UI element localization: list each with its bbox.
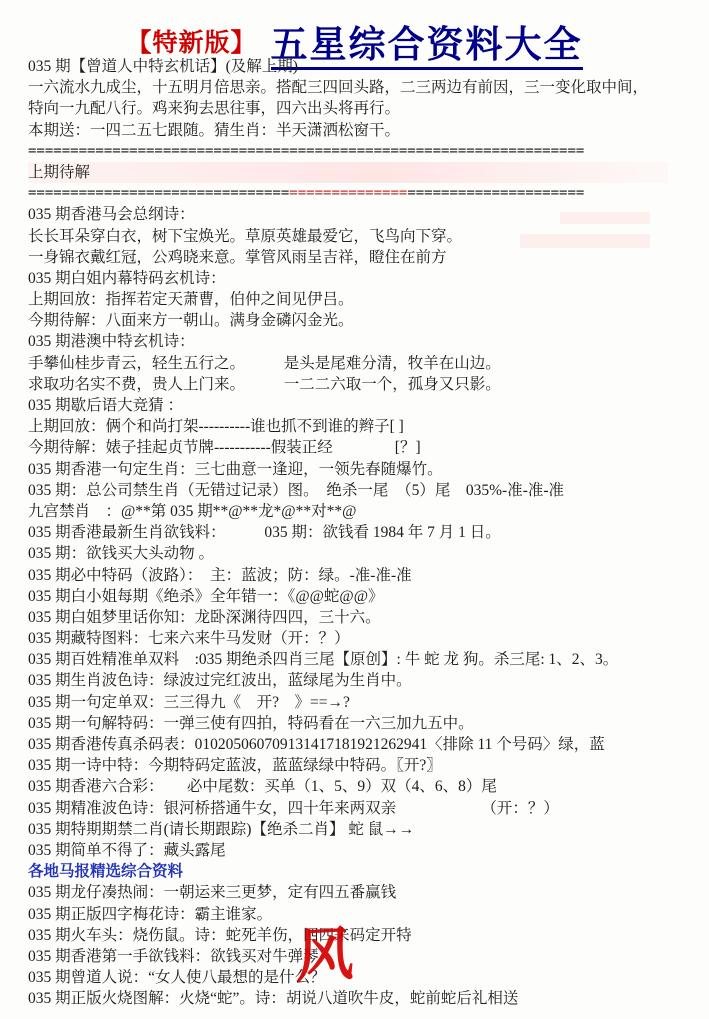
- text-line: 035 期：总公司禁生肖（无错过记录）图。 绝杀一尾 （5）尾 035%-准-准…: [28, 480, 698, 501]
- separator-line: ========================================…: [28, 141, 698, 162]
- text-line: 035 期香港最新生肖欲钱料： 035 期：欲钱看 1984 年 7 月 1 日…: [28, 522, 698, 543]
- text-line: 035 期一句解特码：一弹三使有四拍，特码看在一六三加九五中。: [28, 713, 698, 734]
- text-line: 一身锦衣戴红冠，公鸡晓来意。掌管风雨呈吉祥，瞪住在前方: [28, 247, 698, 268]
- text-line: 035 期歇后语大竞猜 ：: [28, 395, 698, 416]
- text-line: 035 期一诗中特：今期特码定蓝波，蓝蓝绿绿中特码。〖开?〗: [28, 755, 698, 776]
- text-line: 035 期香港六合彩： 必中尾数：买单（1、5、9）双（4、6、8）尾: [28, 776, 698, 797]
- text-line: 035 期火车头：烧伤鼠。诗：蛇死羊伤，四四来码定开特: [28, 925, 698, 946]
- text-line: 今期待解：八面来方一朝山。满身金磷闪金光。: [28, 310, 698, 331]
- separator-segment: ===============================: [28, 185, 289, 201]
- text-line: 035 期白姐梦里话你知：龙卧深渊待四四，三十六。: [28, 607, 698, 628]
- text-line: 求取功名实不费，贵人上门来。 一二二六取一个，孤身又只影。: [28, 374, 698, 395]
- text-line: 九宫禁肖 ：@**第 035 期**@**龙*@**对**@: [28, 501, 698, 522]
- text-line: 035 期龙仔凑热闹：一朝运来三更梦，定有四五番赢钱: [28, 882, 698, 903]
- text-line: 上期回放：指挥若定天萧曹，伯仲之间见伊吕。: [28, 289, 698, 310]
- text-line: 一六流水九成尘，十五明月倍思亲。搭配三四回头路，二三两边有前因，三一变化取中间，: [28, 77, 698, 98]
- text-line: 035 期白姐内幕特码玄机诗：: [28, 268, 698, 289]
- text-line: 035 期香港一句定生肖：三七曲意一逢迎，一领先春随爆竹。: [28, 459, 698, 480]
- text-line: 035 期百姓精准单双料 :035 期绝杀四肖三尾【原创】: 牛 蛇 龙 狗。杀…: [28, 649, 698, 670]
- text-line: 035 期白小姐每期《绝杀》全年错一：《@@蛇@@》: [28, 586, 698, 607]
- text-line: 035 期香港马会总纲诗：: [28, 204, 698, 225]
- text-line: 035 期香港第一手欲钱料：欲钱买对牛弹琴: [28, 946, 698, 967]
- separator-segment: ========================================…: [28, 143, 584, 159]
- text-line: 手攀仙桂步青云，轻生五行之。 是头是尾难分清，牧羊在山边。: [28, 353, 698, 374]
- text-line: 035 期藏特图料：七来六来牛马发财（开：？）: [28, 628, 698, 649]
- text-line: 035 期曾道人说：“女人使八最想的是什么？: [28, 967, 698, 988]
- separator-line: ========================================…: [28, 183, 698, 204]
- text-line: 今期待解：婊子挂起贞节牌-----------假装正经 [？]: [28, 437, 698, 458]
- text-line: 长长耳朵穿白衣，树下宝焕光。草原英雄最爱它，飞鸟向下穿。: [28, 226, 698, 247]
- text-line: 特向一九配八行。鸡来狗去思往事，四六出头将再行。: [28, 98, 698, 119]
- text-line: 035 期：欲钱买大头动物 。: [28, 543, 698, 564]
- text-line: 035 期特期期禁二肖(请长期跟踪)【绝杀二肖】 蛇 鼠→→: [28, 819, 698, 840]
- text-line: 035 期简单不得了：藏头露尾: [28, 840, 698, 861]
- text-line: 上期待解: [28, 162, 668, 183]
- separator-segment: =====================: [407, 185, 584, 201]
- text-line: 各地马报精选综合资料: [28, 861, 698, 882]
- text-line: 035 期一句定单双：三三得九《 开? 》==→?: [28, 692, 698, 713]
- text-line: 035 期【曾道人中特玄机话】(及解上期): [28, 56, 698, 77]
- text-line: 035 期正版火烧图解：火烧“蛇”。诗：胡说八道吹牛皮，蛇前蛇后礼相送: [28, 988, 698, 1009]
- text-line: 035 期生肖波色诗：绿波过完红波出，蓝绿尾为生肖中。: [28, 670, 698, 691]
- text-line: 035 期精准波色诗：银河桥搭通牛女，四十年来两双亲 （开：？）: [28, 798, 698, 819]
- document-body: 035 期【曾道人中特玄机话】(及解上期)一六流水九成尘，十五明月倍思亲。搭配三…: [28, 56, 698, 1009]
- text-line: 035 期港澳中特玄机诗：: [28, 331, 698, 352]
- edition-tag: 【特新版】: [126, 30, 256, 57]
- text-line: 035 期香港传真杀码表：010205060709131417181921262…: [28, 734, 698, 755]
- text-line: 本期送：一四二五七跟随。猜生肖：半天潇洒松窗干。: [28, 120, 698, 141]
- separator-segment-red: ==============: [289, 185, 407, 201]
- text-line: 035 期正版四字梅花诗：霸主谁家。: [28, 904, 698, 925]
- text-line: 035 期必中特码（波路）： 主：蓝波；防：绿。-准-准-准: [28, 565, 698, 586]
- page-header: 【特新版】五星综合资料大全: [0, 0, 709, 60]
- text-line: 上期回放：俩个和尚打架----------谁也抓不到谁的辫子[ ]: [28, 416, 698, 437]
- lottery-info-sheet: 【特新版】五星综合资料大全 035 期【曾道人中特玄机话】(及解上期)一六流水九…: [0, 0, 709, 1019]
